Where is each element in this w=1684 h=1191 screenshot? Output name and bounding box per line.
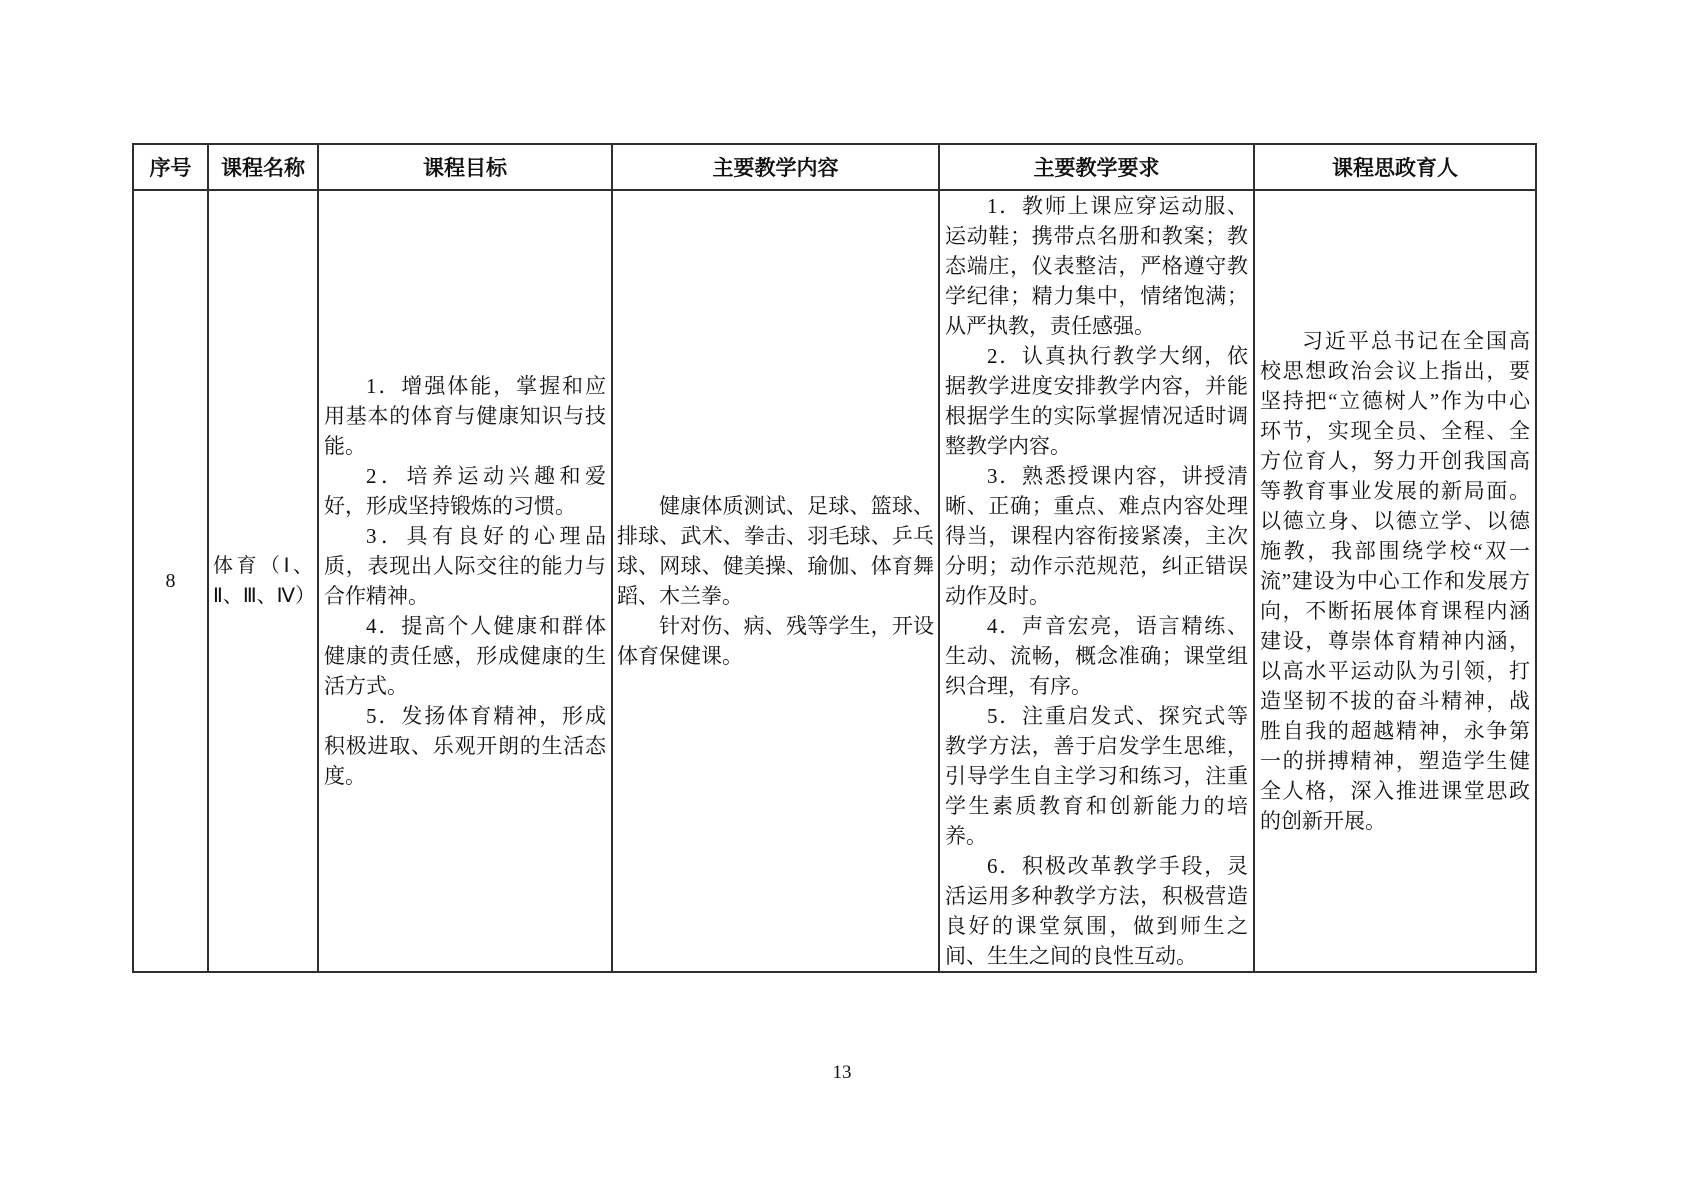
objective-item: 2．培养运动兴趣和爱好，形成坚持锻炼的习惯。 xyxy=(324,461,606,521)
teaching-content-paragraph: 健康体质测试、足球、篮球、排球、武术、拳击、羽毛球、乒乓球、网球、健美操、瑜伽、… xyxy=(617,491,934,611)
requirement-item: 6．积极改革教学手段，灵活运用多种教学方法，积极营造良好的课堂氛围，做到师生之间… xyxy=(945,851,1248,971)
cell-serial: 8 xyxy=(133,190,208,972)
document-page: { "page_number": "13", "colors": { "ink"… xyxy=(0,0,1684,1191)
requirement-item: 1．教师上课应穿运动服、运动鞋；携带点名册和教案；教态端庄，仪表整洁，严格遵守教… xyxy=(945,191,1248,341)
cell-teaching-requirements: 1．教师上课应穿运动服、运动鞋；携带点名册和教案；教态端庄，仪表整洁，严格遵守教… xyxy=(939,190,1254,972)
cell-ideology: 习近平总书记在全国高校思想政治会议上指出，要坚持把“立德树人”作为中心环节，实现… xyxy=(1254,190,1536,972)
teaching-content-paragraph: 针对伤、病、残等学生，开设体育保健课。 xyxy=(617,611,934,671)
requirement-item: 3．熟悉授课内容，讲授清晰、正确；重点、难点内容处理得当，课程内容衔接紧凑，主次… xyxy=(945,461,1248,611)
objective-item: 1．增强体能，掌握和应用基本的体育与健康知识与技能。 xyxy=(324,371,606,461)
ideology-paragraph: 习近平总书记在全国高校思想政治会议上指出，要坚持把“立德树人”作为中心环节，实现… xyxy=(1260,326,1530,836)
objective-item: 3．具有良好的心理品质，表现出人际交往的能力与合作精神。 xyxy=(324,521,606,611)
header-teaching-requirements: 主要教学要求 xyxy=(939,144,1254,190)
cell-teaching-content: 健康体质测试、足球、篮球、排球、武术、拳击、羽毛球、乒乓球、网球、健美操、瑜伽、… xyxy=(612,190,939,972)
header-course-name: 课程名称 xyxy=(208,144,318,190)
header-ideology: 课程思政育人 xyxy=(1254,144,1536,190)
objective-item: 4．提高个人健康和群体健康的责任感，形成健康的生活方式。 xyxy=(324,611,606,701)
course-name-text: 体育（Ⅰ、Ⅱ、Ⅲ、Ⅳ） xyxy=(213,551,313,611)
page-number: 13 xyxy=(0,1062,1684,1084)
cell-objectives: 1．增强体能，掌握和应用基本的体育与健康知识与技能。 2．培养运动兴趣和爱好，形… xyxy=(318,190,612,972)
objective-item: 5．发扬体育精神，形成积极进取、乐观开朗的生活态度。 xyxy=(324,701,606,791)
requirement-item: 4．声音宏亮，语言精练、生动、流畅，概念准确；课堂组织合理，有序。 xyxy=(945,611,1248,701)
requirement-item: 5．注重启发式、探究式等教学方法，善于启发学生思维，引导学生自主学习和练习，注重… xyxy=(945,701,1248,851)
course-table: 序号 课程名称 课程目标 主要教学内容 主要教学要求 课程思政育人 8 体育（Ⅰ… xyxy=(132,143,1537,973)
requirement-item: 2．认真执行教学大纲，依据教学进度安排教学内容，并能根据学生的实际掌握情况适时调… xyxy=(945,341,1248,461)
cell-course-name: 体育（Ⅰ、Ⅱ、Ⅲ、Ⅳ） xyxy=(208,190,318,972)
header-row: 序号 课程名称 课程目标 主要教学内容 主要教学要求 课程思政育人 xyxy=(133,144,1536,190)
header-teaching-content: 主要教学内容 xyxy=(612,144,939,190)
header-serial: 序号 xyxy=(133,144,208,190)
header-objectives: 课程目标 xyxy=(318,144,612,190)
serial-number: 8 xyxy=(166,570,176,592)
table-row: 8 体育（Ⅰ、Ⅱ、Ⅲ、Ⅳ） 1．增强体能，掌握和应用基本的体育与健康知识与技能。… xyxy=(133,190,1536,972)
